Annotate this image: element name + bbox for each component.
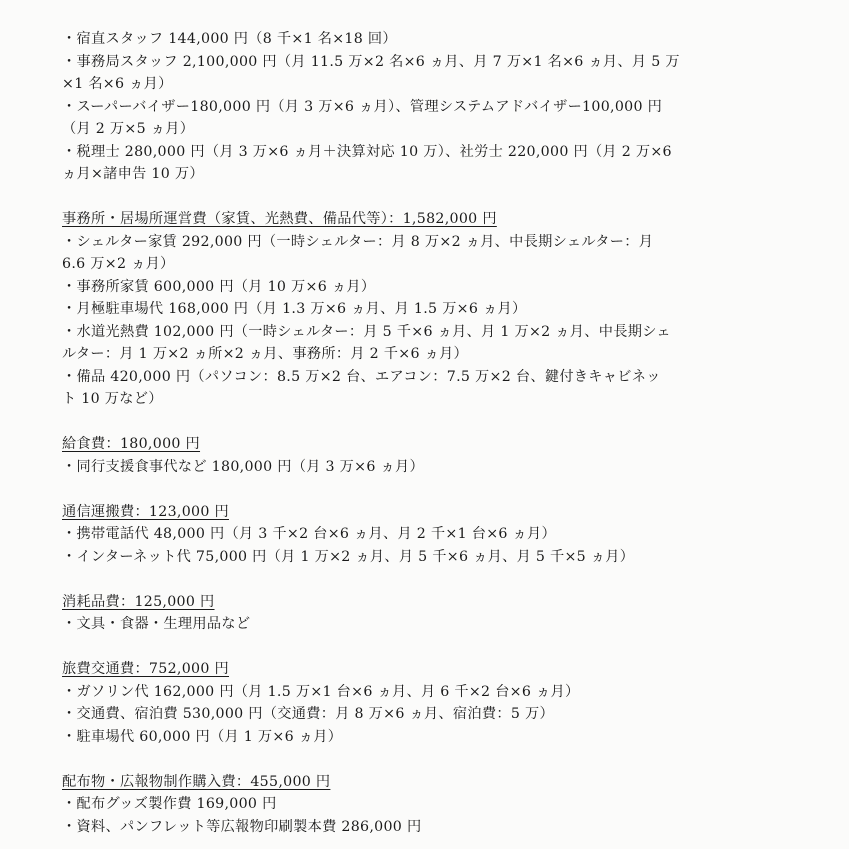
list-item: ・水道光熱費 102,000 円（一時シェルター：月 5 千×6 ヵ月、月 1 … bbox=[62, 321, 822, 344]
section-heading: 通信運搬費：123,000 円 bbox=[62, 501, 822, 524]
section-travel: 旅費交通費：752,000 円 ・ガソリン代 162,000 円（月 1.5 万… bbox=[62, 658, 822, 748]
list-item: ・インターネット代 75,000 円（月 1 万×2 ヵ月、月 5 千×6 ヵ月… bbox=[62, 546, 822, 569]
section-heading: 消耗品費：125,000 円 bbox=[62, 591, 822, 614]
section-heading: 旅費交通費：752,000 円 bbox=[62, 658, 822, 681]
list-item-continuation: ヵ月×諸申告 10 万） bbox=[62, 163, 822, 186]
list-item-continuation: （月 2 万×5 ヵ月） bbox=[62, 118, 822, 141]
list-item: ・月極駐車場代 168,000 円（月 1.3 万×6 ヵ月、月 1.5 万×6… bbox=[62, 298, 822, 321]
section-personnel: ・宿直スタッフ 144,000 円（8 千×1 名×18 回） ・事務局スタッフ… bbox=[62, 28, 822, 186]
section-consumables: 消耗品費：125,000 円 ・文具・食器・生理用品など bbox=[62, 591, 822, 636]
list-item: ・スーパーバイザー180,000 円（月 3 万×6 ヵ月）、管理システムアドバ… bbox=[62, 96, 822, 119]
list-item-continuation: 6.6 万×2 ヵ月） bbox=[62, 253, 822, 276]
list-item: ・シェルター家賃 292,000 円（一時シェルター：月 8 万×2 ヵ月、中長… bbox=[62, 231, 822, 254]
list-item: ・資料、パンフレット等広報物印刷製本費 286,000 円 bbox=[62, 816, 822, 839]
list-item-continuation: ルター：月 1 万×2 ヵ所×2 ヵ月、事務所：月 2 千×6 ヵ月） bbox=[62, 343, 822, 366]
section-heading: 給食費：180,000 円 bbox=[62, 433, 822, 456]
list-item: ・交通費、宿泊費 530,000 円（交通費：月 8 万×6 ヵ月、宿泊費：5 … bbox=[62, 703, 822, 726]
list-item: ・備品 420,000 円（パソコン：8.5 万×2 台、エアコン：7.5 万×… bbox=[62, 366, 822, 389]
list-item: ・同行支援食事代など 180,000 円（月 3 万×6 ヵ月） bbox=[62, 456, 822, 479]
section-heading: 事務所・居場所運営費（家賃、光熱費、備品代等）：1,582,000 円 bbox=[62, 208, 822, 231]
list-item: ・宿直スタッフ 144,000 円（8 千×1 名×18 回） bbox=[62, 28, 822, 51]
list-item: ・事務局スタッフ 2,100,000 円（月 11.5 万×2 名×6 ヵ月、月… bbox=[62, 51, 822, 74]
section-communications: 通信運搬費：123,000 円 ・携帯電話代 48,000 円（月 3 千×2 … bbox=[62, 501, 822, 569]
section-meals: 給食費：180,000 円 ・同行支援食事代など 180,000 円（月 3 万… bbox=[62, 433, 822, 478]
list-item: ・駐車場代 60,000 円（月 1 万×6 ヵ月） bbox=[62, 726, 822, 749]
list-item: ・税理士 280,000 円（月 3 万×6 ヵ月＋決算対応 10 万）、社労士… bbox=[62, 141, 822, 164]
list-item-continuation: ト 10 万など） bbox=[62, 388, 822, 411]
list-item: ・配布グッズ製作費 169,000 円 bbox=[62, 793, 822, 816]
list-item: ・文具・食器・生理用品など bbox=[62, 613, 822, 636]
section-office-operations: 事務所・居場所運営費（家賃、光熱費、備品代等）：1,582,000 円 ・シェル… bbox=[62, 208, 822, 411]
section-publicity: 配布物・広報物制作購入費：455,000 円 ・配布グッズ製作費 169,000… bbox=[62, 771, 822, 839]
list-item-continuation: ×1 名×6 ヵ月） bbox=[62, 73, 822, 96]
list-item: ・事務所家賃 600,000 円（月 10 万×6 ヵ月） bbox=[62, 276, 822, 299]
document-page: ・宿直スタッフ 144,000 円（8 千×1 名×18 回） ・事務局スタッフ… bbox=[62, 6, 822, 838]
section-heading: 配布物・広報物制作購入費：455,000 円 bbox=[62, 771, 822, 794]
list-item: ・ガソリン代 162,000 円（月 1.5 万×1 台×6 ヵ月、月 6 千×… bbox=[62, 681, 822, 704]
list-item: ・携帯電話代 48,000 円（月 3 千×2 台×6 ヵ月、月 2 千×1 台… bbox=[62, 523, 822, 546]
